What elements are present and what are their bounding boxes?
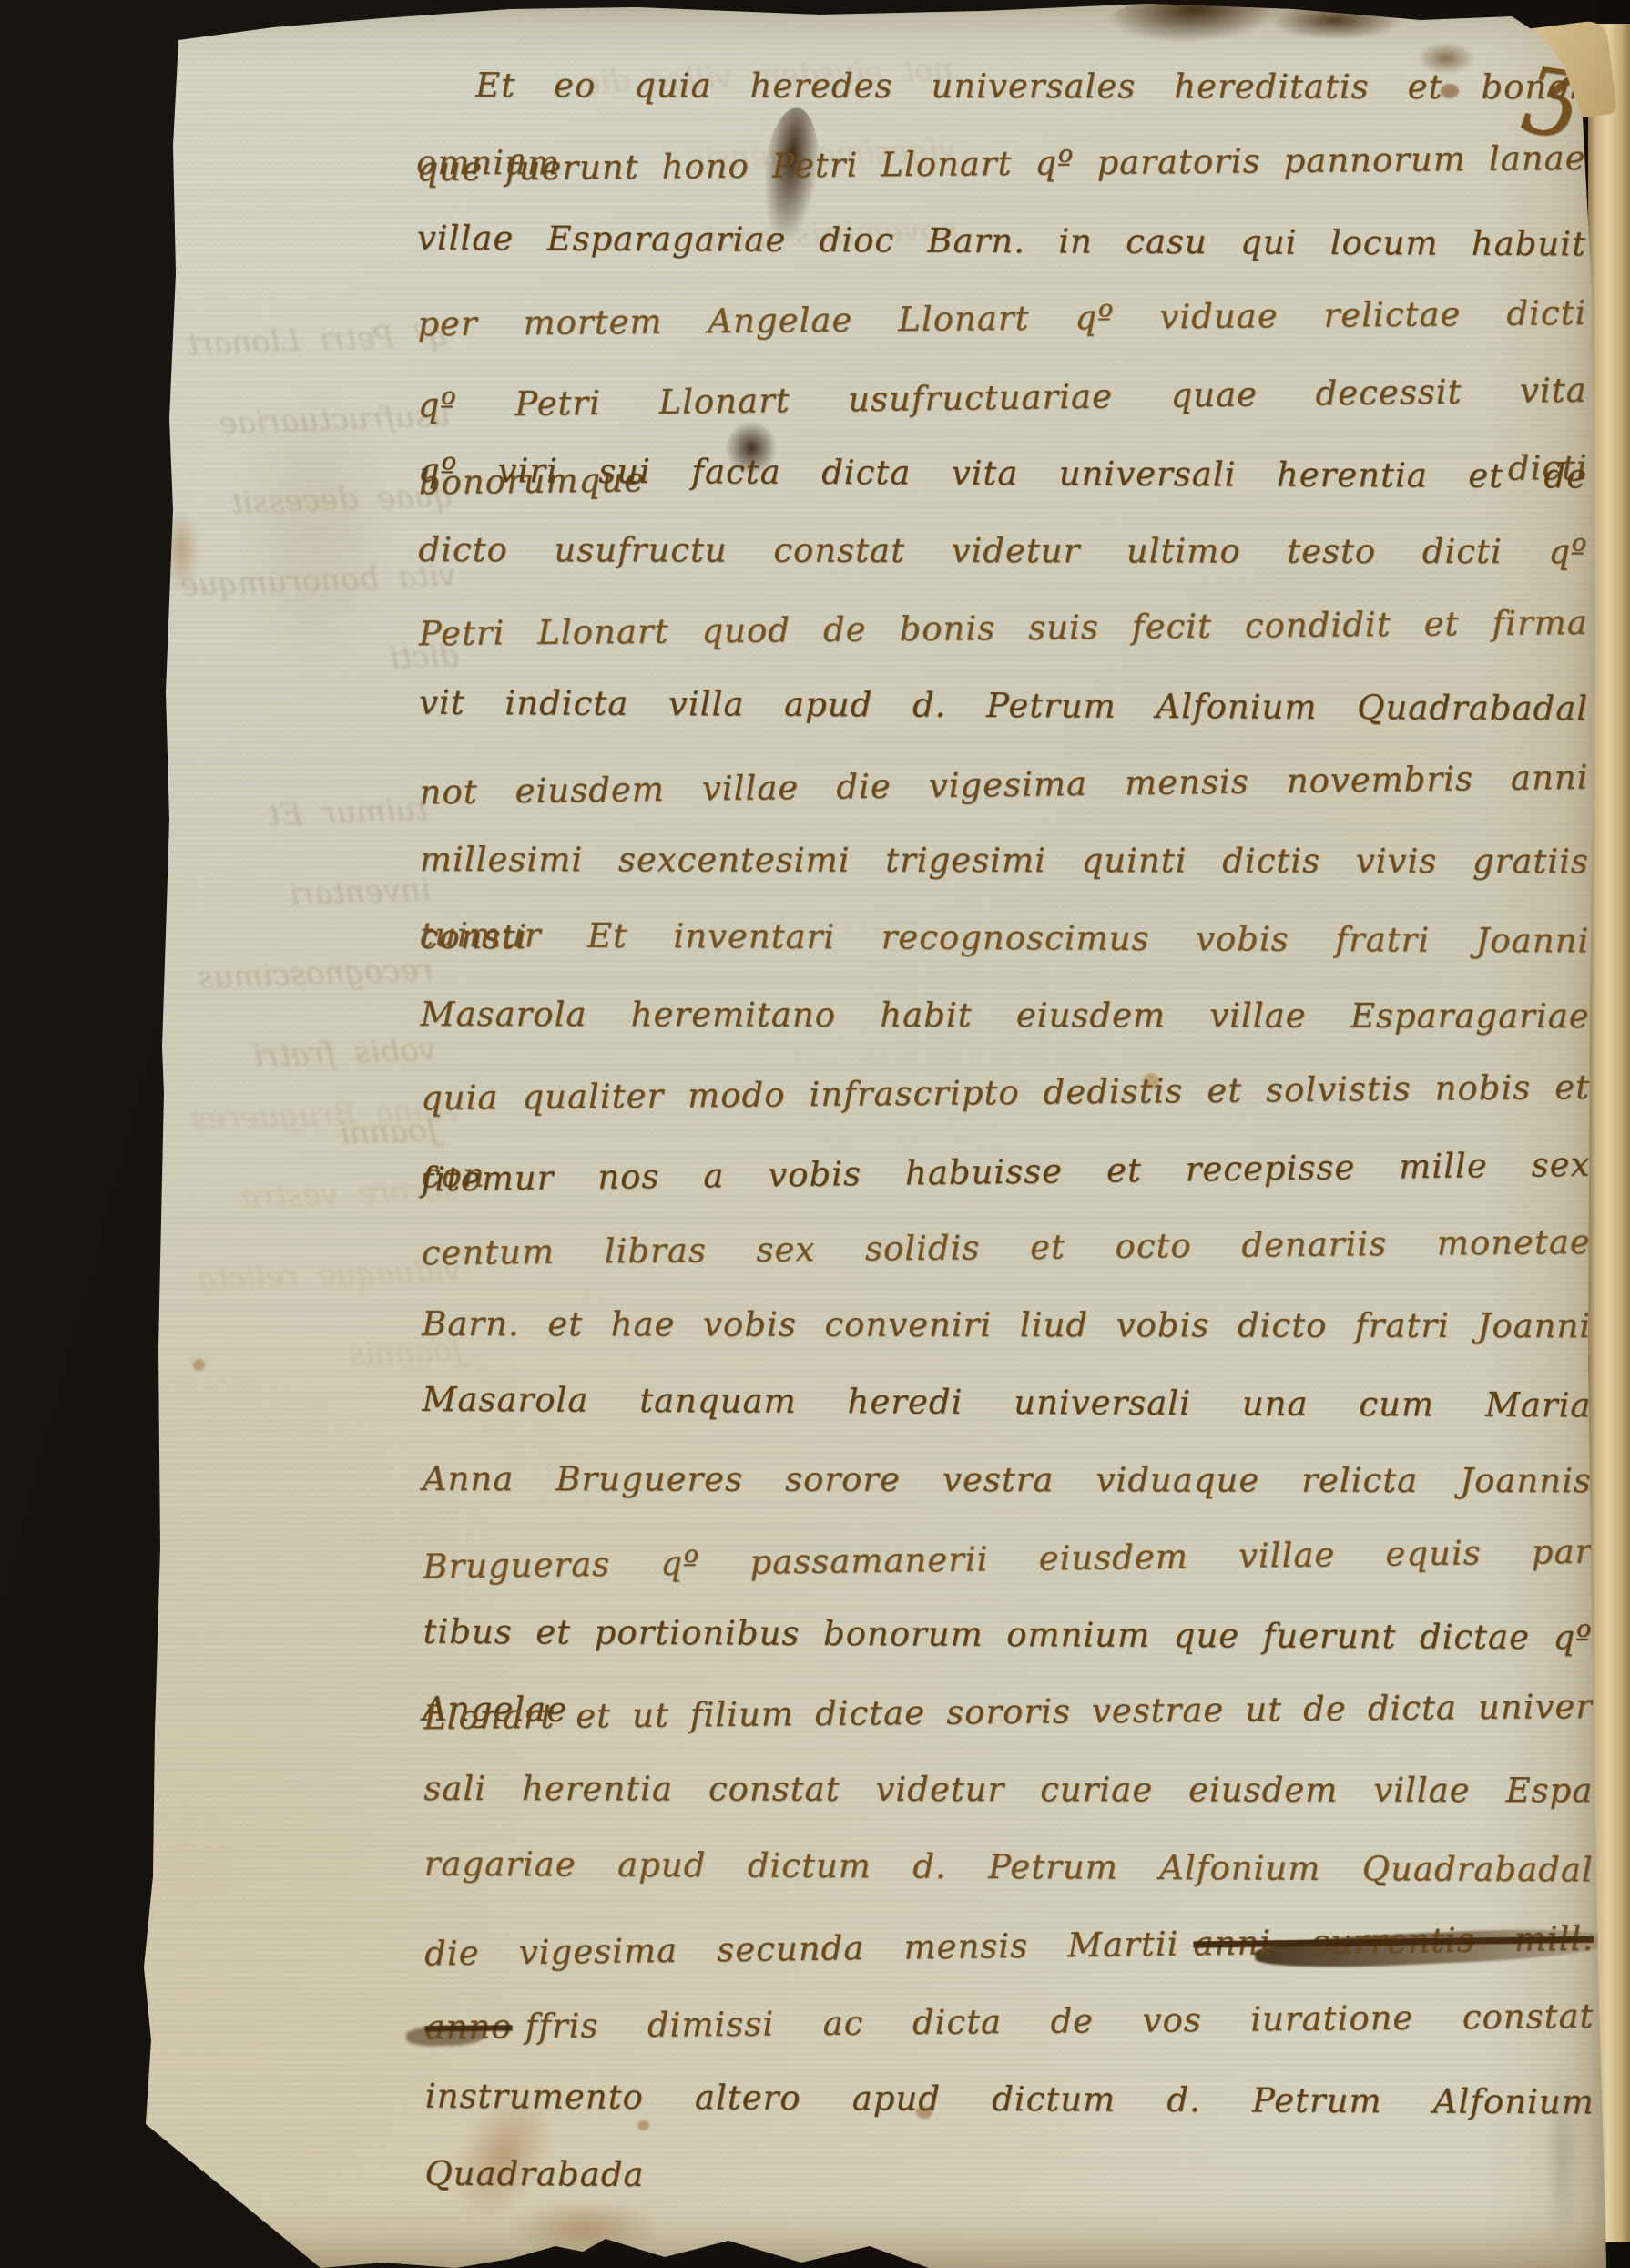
manuscript-line-text: instrumento altero apud dictum d. Petrum… xyxy=(424,2077,1594,2194)
ink-blot xyxy=(1105,0,1285,46)
manuscript-line-text: not eiusdem villae die vigesima mensis n… xyxy=(419,758,1588,812)
manuscript-line-text: Barn. et hae vobis conveniri liud vobis … xyxy=(422,1304,1591,1345)
manuscript-line-text: Anna Brugueres sorore vestra viduaque re… xyxy=(423,1459,1592,1500)
manuscript-line-text: Brugueras qº passamanerii eiusdem villae… xyxy=(423,1532,1592,1587)
manuscript-line-text: que fuerunt hono Petri Llonart qº parato… xyxy=(416,138,1585,189)
manuscript-line: Masarola tanquam heredi universali una c… xyxy=(422,1361,1591,1445)
manuscript-line-text: ffris dimissi ac dicta de vos iuratione … xyxy=(525,1997,1594,2046)
manuscript-line: Masarola heremitano habit eiusdem villae… xyxy=(421,976,1590,1055)
paper-stain xyxy=(193,1359,205,1371)
paper-stain xyxy=(162,506,200,593)
manuscript-line: dicto usufructu constat videtur ultimo t… xyxy=(418,511,1587,590)
manuscript-line-text: vit indicta villa apud d. Petrum Alfoniu… xyxy=(419,683,1588,729)
manuscript-line: not eiusdem villae die vigesima mensis n… xyxy=(419,739,1589,832)
manuscript-line: sali herentia constat videtur curiae eiu… xyxy=(423,1750,1593,1829)
manuscript-line: que fuerunt hono Petri Llonart qº parato… xyxy=(416,119,1586,208)
manuscript-page: qº Petri Llonart usufructuariae quae dec… xyxy=(0,0,1630,2268)
manuscript-line: Brugueras qº passamanerii eiusdem villae… xyxy=(423,1513,1593,1606)
manuscript-line: qº viri sui facta dicta vita universali … xyxy=(418,432,1587,516)
manuscript-line: per mortem Angelae Llonart qº viduae rel… xyxy=(417,274,1587,363)
manuscript-line: Llonart et ut filium dictae sororis vest… xyxy=(423,1668,1594,1756)
manuscript-line: villae Esparagariae dioc Barn. in casu q… xyxy=(417,199,1586,283)
manuscript-line-text: Masarola tanquam heredi universali una c… xyxy=(422,1380,1591,1425)
manuscript-line: annoffris dimissi ac dicta de vos iurati… xyxy=(424,1977,1594,2066)
manuscript-line: qº Petri Llonart usufructuariae quae dec… xyxy=(417,352,1587,444)
manuscript-line-text: die vigesima secunda mensis Martii xyxy=(424,1925,1179,1974)
manuscript-line: Anna Brugueres sorore vestra viduaque re… xyxy=(423,1440,1592,1519)
manuscript-line: tuimur Et inventari recognoscimus vobis … xyxy=(420,896,1589,980)
manuscript-line-text: ragariae apud dictum d. Petrum Alfonium … xyxy=(424,1844,1594,1890)
manuscript-line-text: tuimur Et inventari recognoscimus vobis … xyxy=(420,915,1589,961)
manuscript-line: vit indicta villa apud d. Petrum Alfoniu… xyxy=(419,664,1588,748)
ink-blot xyxy=(1268,0,1404,40)
struck-text: anno xyxy=(424,2007,512,2047)
manuscript-line: tibus et portionibus bonorum omnium que … xyxy=(423,1593,1592,1677)
paper-stain xyxy=(232,378,396,679)
manuscript-line: millesimi sexcentesimi trigesimi quinti … xyxy=(420,821,1589,900)
manuscript-line: Barn. et hae vobis conveniri liud vobis … xyxy=(422,1285,1591,1364)
manuscript-line-text: per mortem Angelae Llonart qº viduae rel… xyxy=(417,293,1586,343)
manuscript-line: instrumento altero apud dictum d. Petrum… xyxy=(425,2058,1594,2141)
manuscript-line-text: sali herentia constat videtur curiae eiu… xyxy=(423,1769,1593,1810)
manuscript-line-text: fitemur nos a vobis habuisse et recepiss… xyxy=(421,1145,1590,1200)
manuscript-line-text: Petri Llonart quod de bonis suis fecit c… xyxy=(419,603,1588,653)
manuscript-line: ragariae apud dictum d. Petrum Alfonium … xyxy=(423,1825,1593,1909)
manuscript-line-text: dicto usufructu constat videtur ultimo t… xyxy=(418,530,1587,571)
manuscript-text-block: Et eo quia heredes universales hereditat… xyxy=(416,45,1594,2140)
manuscript-line-text: Llonart et ut filium dictae sororis vest… xyxy=(423,1687,1593,1737)
manuscript-line-text: qº viri sui facta dicta vita universali … xyxy=(418,451,1587,496)
manuscript-line: Et eo quia heredes universales hereditat… xyxy=(416,46,1585,126)
manuscript-line-text: villae Esparagariae dioc Barn. in casu q… xyxy=(417,219,1586,264)
manuscript-line-text: centum libras sex solidis et octo denari… xyxy=(422,1222,1591,1272)
manuscript-line: Petri Llonart quod de bonis suis fecit c… xyxy=(418,584,1588,672)
manuscript-scan: qº Petri Llonart usufructuariae quae dec… xyxy=(0,0,1630,2268)
struck-text: anni currentis mill. xyxy=(1193,1919,1594,1964)
manuscript-line-text: Masarola heremitano habit eiusdem villae… xyxy=(421,995,1590,1036)
manuscript-line: quia qualiter modo infrascripto dedistis… xyxy=(421,1048,1591,1137)
manuscript-line: centum libras sex solidis et octo denari… xyxy=(421,1203,1591,1292)
